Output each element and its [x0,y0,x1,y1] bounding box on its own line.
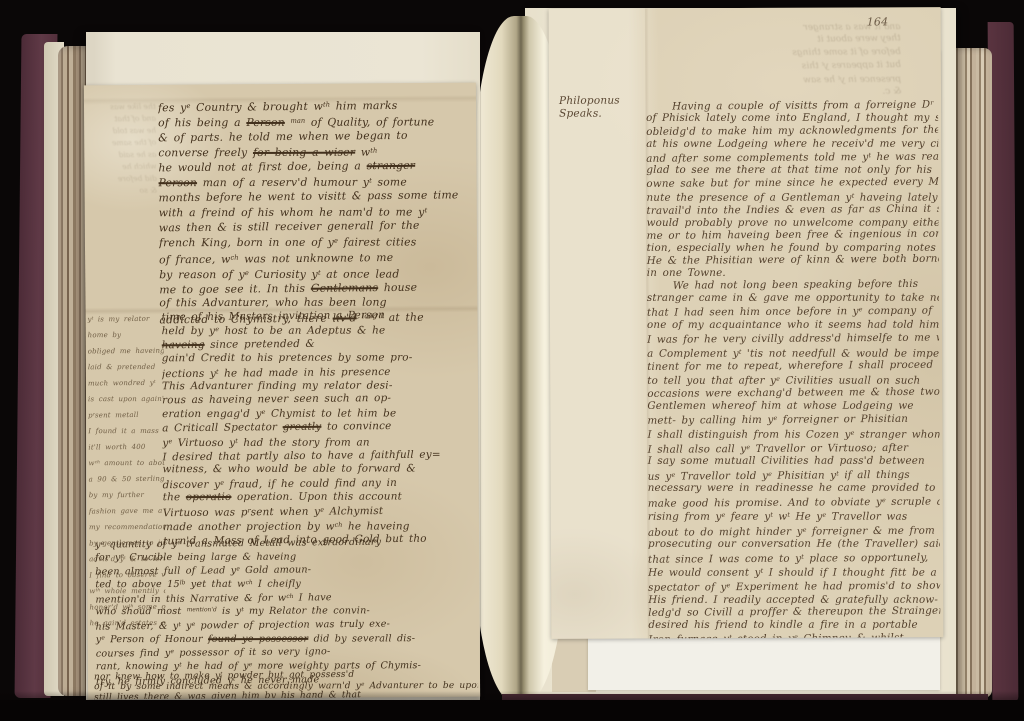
manuscript-line: prsent metall [88,407,164,424]
manuscript-line: mett- by calling him ye forreigner or Ph… [647,411,939,428]
manuscript-line: occasions were exchang'd between me & th… [647,386,939,401]
manuscript-line: about to do might hinder ye forreigner &… [648,522,940,539]
manuscript-line: and of that [90,113,156,126]
speaker-margin-note: PhiloponusSpeaks. [559,94,645,120]
manuscript-line: yt is my relator [87,311,163,328]
manuscript-line: a Complement yt 'tis not needfull & woul… [647,345,939,360]
manuscript-line: ye Virtuoso yt had the story from an [162,434,472,450]
manuscript-line: He & the Phisitian were of kinn & were b… [647,253,939,268]
manuscript-line: I say some mutuall Civilities had pass'd… [648,455,940,468]
manuscript-line: I found it a mass [88,423,164,439]
photograph-of-open-manuscript-book: the like wasand of thathe was toldof the… [0,0,1024,721]
manuscript-line: wch amount to about [88,455,164,471]
left-text-block-bottom: nor knew how to make yt powder but got p… [94,669,478,700]
manuscript-line: Philoponus [559,94,645,108]
book-cover-right-edge [988,22,1019,702]
manuscript-line: & so [91,185,157,198]
show-through-text: and it was a strangerthey were about itb… [728,21,901,100]
manuscript-line: is cast upon again'd [88,391,164,407]
manuscript-line: me or to him haveing been free & ingenio… [647,228,939,243]
manuscript-line: home by [88,327,164,343]
manuscript-line: I shall distinguish from his Cozen ye st… [647,426,939,441]
manuscript-line: did before [91,173,157,186]
manuscript-line: us ye Travellor told ye Phisitian yt if … [648,467,940,484]
manuscript-line: to tell you that after ye Civilities usu… [647,372,939,387]
manuscript-line: Speaks. [559,108,645,121]
bottom-shadow [0,700,1024,721]
manuscript-line: owne sake but for mine since he expected… [646,176,938,191]
manuscript-line: spectator of ye Experiment he had promis… [648,578,940,595]
manuscript-line: tinent for me to repeat, wherefore I sha… [647,359,939,374]
manuscript-line: of the same [90,137,156,150]
show-through-text: the like wasand of thathe was toldof the… [90,101,157,198]
paragraph-2: We had not long been speaking before thi… [647,278,941,638]
manuscript-line: of Phisick lately come into England, I t… [646,112,938,125]
manuscript-line: I was for he very civilly address'd hims… [647,330,939,347]
manuscript-line: laid & pretended [88,359,164,375]
manuscript-line: a 90 & 50 sterling [89,471,165,488]
manuscript-line: fashion gave me a [89,503,165,520]
manuscript-line: he was told [90,125,156,138]
manuscript-line: We had not long been speaking before thi… [647,278,939,293]
manuscript-line: by my further [89,487,165,503]
manuscript-line: rising from ye feare yt wt He ye Travell… [648,509,940,524]
manuscript-line: it'll worth 400 [88,439,164,456]
manuscript-line: that I had seen him once before in ye co… [647,303,939,320]
manuscript-line: which he [90,161,156,174]
manuscript-line: jections yt he had made in his presence [162,363,472,381]
manuscript-line: glad to see me there at that time not on… [646,164,938,177]
right-manuscript-leaf: 164 and it was a strangerthey were about… [549,7,944,639]
manuscript-line: at his owne Lodgeing where he receiv'd m… [646,137,938,150]
manuscript-line: nute the presence of a Gentleman yt have… [646,189,938,204]
manuscript-line: the like was [90,101,156,114]
right-page-text: Having a couple of visitts from a forrei… [646,97,940,639]
manuscript-line: necessary were in readinesse he came pro… [648,482,940,495]
manuscript-line: a Criticall Spectator greatly to convinc… [162,419,472,435]
left-text-block-lower: ye quantity of ye transmuted Metall was … [95,535,476,688]
manuscript-line: make good his promise. And to obviate ye… [648,494,940,511]
manuscript-line: would probably prove no unwelcome compan… [647,216,939,229]
left-text-block-upper: fes ye Country & brought wth him marksof… [158,97,472,327]
paragraph-1: Having a couple of visitts from a forrei… [646,97,939,280]
manuscript-line: obleidg'd to make him my acknowledgments… [646,124,938,139]
manuscript-line: my recommendation [89,519,165,535]
manuscript-line: much wondred yt [88,375,164,392]
left-text-block-middle: time of his Masters invitation a Personh… [161,309,473,549]
manuscript-line: prosecuting our conversation He (the Tra… [648,538,940,551]
manuscript-line: haveing since pretended & [162,336,472,352]
manuscript-line: ledg'd so Civill a proffer & thereupon t… [648,605,940,620]
manuscript-line: that since I was come to yt place so opp… [648,549,940,566]
left-manuscript-leaf: the like wasand of thathe was toldof the… [84,83,480,700]
manuscript-line: as he said [90,149,156,162]
manuscript-line: travail'd into the Indies & even as far … [646,203,938,218]
manuscript-line: obliged me haveing [88,343,164,360]
